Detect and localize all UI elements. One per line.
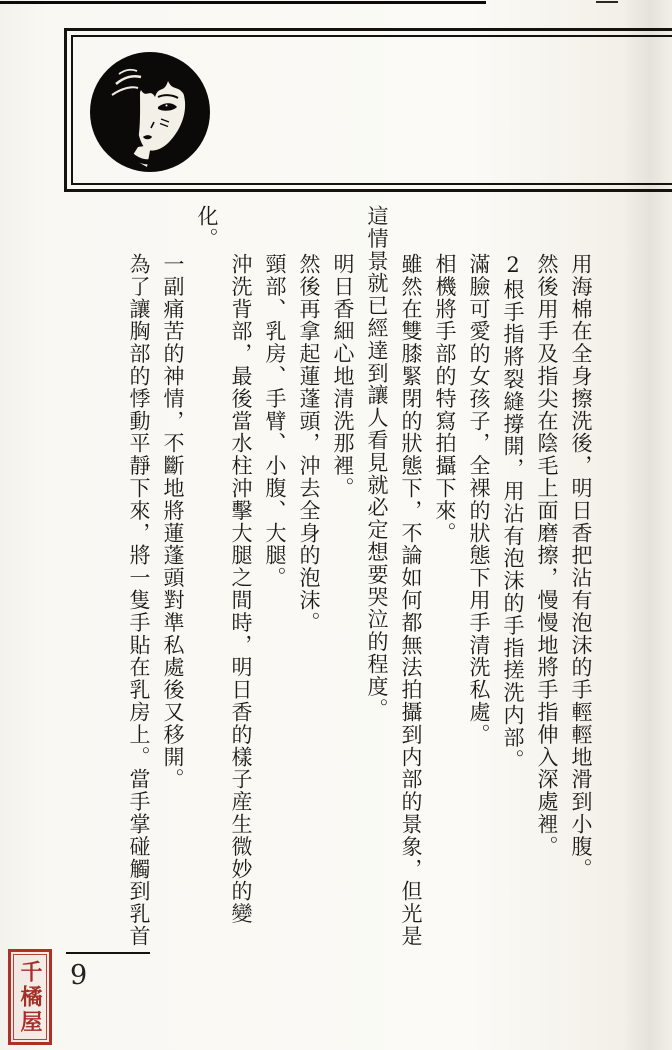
text-column: 然後再拿起蓮蓬頭，沖去全身的泡沫。: [292, 205, 326, 947]
scan-edge-artifact: [0, 1, 486, 4]
scan-edge-artifact: [596, 1, 618, 3]
text-column: 相機將手部的特寫拍攝下來。: [428, 205, 462, 947]
text-column: 明日香細心地清洗那裡。: [326, 205, 360, 947]
text-column: 一副痛苦的神情，不斷地將蓮蓬頭對準私處後又移開。: [156, 205, 190, 947]
text-column: 2根手指將裂縫撐開，用沾有泡沫的手指搓洗内部。: [496, 205, 530, 947]
book-page: 用海棉在全身擦洗後，明日香把沾有泡沫的手輕輕地滑到小腹。 然後用手及指尖在陰毛上…: [0, 0, 672, 1050]
text-column: 滿臉可愛的女孩子，全裸的狀態下用手清洗私處。: [462, 205, 496, 947]
text-column: 為了讓胸部的悸動平靜下來，將一隻手貼在乳房上。當手掌碰觸到乳首: [122, 205, 156, 947]
text-column: 用海棉在全身擦洗後，明日香把沾有泡沫的手輕輕地滑到小腹。: [564, 205, 598, 947]
page-number: 9: [70, 960, 87, 991]
publisher-seal: 千橘屋: [8, 949, 52, 1045]
body-text: 用海棉在全身擦洗後，明日香把沾有泡沫的手輕輕地滑到小腹。 然後用手及指尖在陰毛上…: [120, 205, 598, 947]
text-column: 化。: [190, 205, 224, 947]
text-column: 雖然在雙膝緊閉的狀態下，不論如何都無法拍攝到内部的景象，但光是: [394, 205, 428, 947]
text-column: 然後用手及指尖在陰毛上面磨擦，慢慢地將手指伸入深處裡。: [530, 205, 564, 947]
page-number-rule: [66, 952, 150, 954]
publisher-seal-text: 千橘屋: [19, 960, 41, 1035]
publisher-seal-inner-border: 千橘屋: [13, 954, 47, 1040]
text-column: 沖洗背部，最後當水柱沖擊大腿之間時，明日香的樣子産生微妙的變: [224, 205, 258, 947]
text-column: 頸部、乳房、手臂、小腹、大腿。: [258, 205, 292, 947]
text-column: 這情景就已經達到讓人看見就必定想要哭泣的程度。: [360, 205, 394, 947]
portrait-circle-image: [88, 50, 212, 174]
